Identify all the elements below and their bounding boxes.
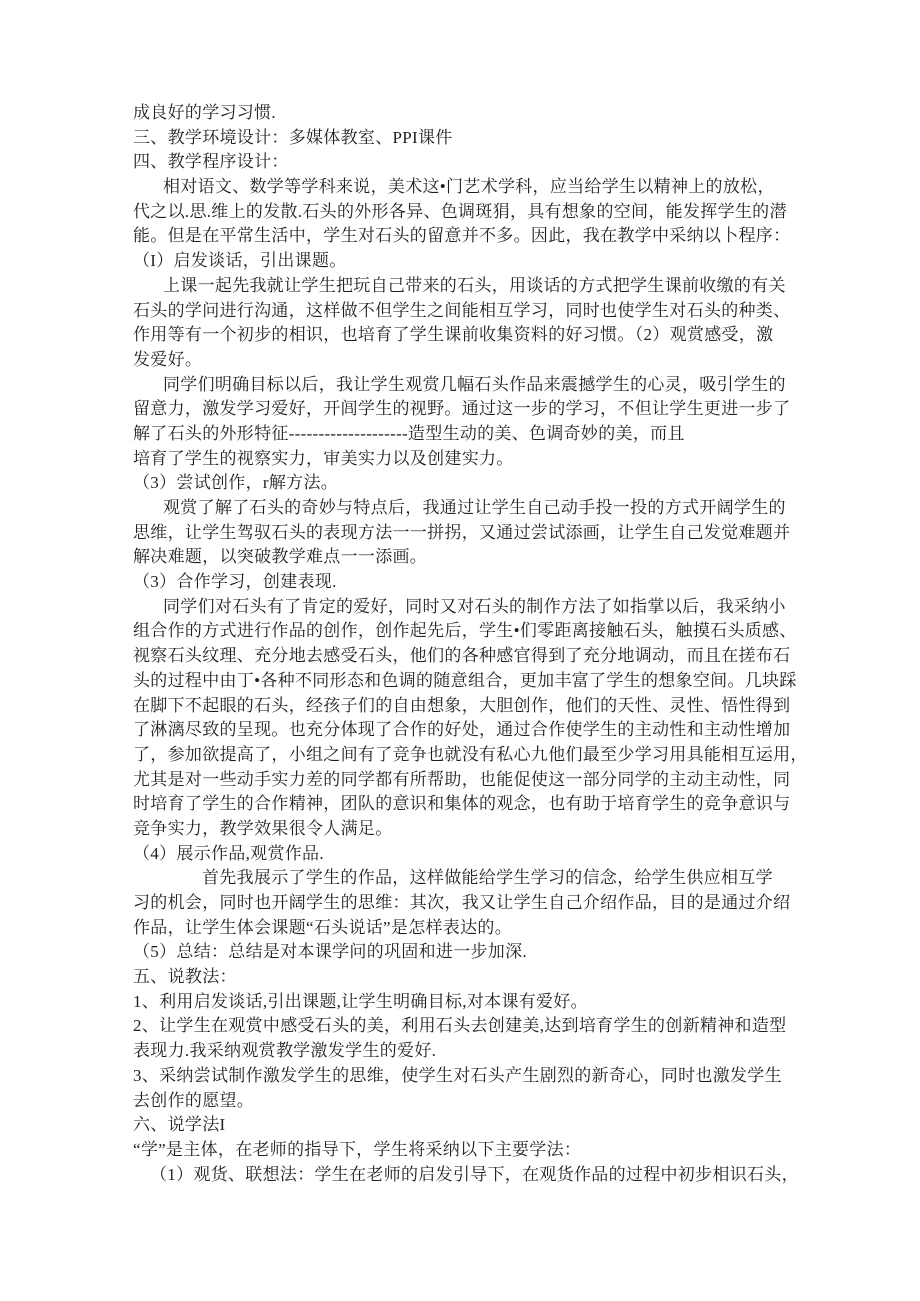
- text-line: 习的机会，同时也开阔学生的思维：其次，我又让学生自己介绍作品，目的是通过介绍: [133, 891, 797, 916]
- text-line: 3、采纳尝试制作激发学生的思维，使学生对石头产生剧烈的新奇心，同时也激发学生: [133, 1064, 797, 1089]
- text-line: 了，参加欲提高了，小组之间有了竞争也就没有私心九他们最至少学习用具能相互运用，: [133, 743, 797, 768]
- text-line: 1、利用启发谈话,引出课题,让学生明确目标,对本课有爱好。: [133, 990, 797, 1015]
- text-line: 去创作的愿望。: [133, 1089, 797, 1114]
- text-line: 上课一起先我就让学生把玩自己带来的石头，用谈话的方式把学生课前收缴的有关: [133, 274, 797, 299]
- text-line: （5）总结：总结是对本课学问的巩固和进一步加深.: [133, 940, 797, 965]
- text-line: 留意力，激发学习爱好，开闾学生的视野。通过这一步的学习，不但让学生更进一步了: [133, 397, 797, 422]
- text-line: 作用等有一个初步的相识，也培育了学生课前收集资料的好习惯。（2）观赏感受，激: [133, 323, 797, 348]
- text-line: 三、教学环境设计：多媒体教室、PPI课件: [133, 126, 797, 151]
- text-line: 思维，让学生驾驭石头的表现方法一一拼拐，又通过尝试添画，让学生自己发觉难题并: [133, 521, 797, 546]
- text-line: 四、教学程序设计：: [133, 150, 797, 175]
- text-line: 组合作的方式进行作品的创作，创作起先后，学生•们零距离接触石头，触摸石头质感、: [133, 619, 797, 644]
- text-line: 解决难题，以突破教学难点一一添画。: [133, 545, 797, 570]
- document-page: 成良好的学习习惯.三、教学环境设计：多媒体教室、PPI课件四、教学程序设计：相对…: [0, 0, 920, 1301]
- text-line: 表现力.我采纳观赏教学激发学生的爱好.: [133, 1039, 797, 1064]
- text-line: 能。但是在平常生活中，学生对石头的留意并不多。因此，我在教学中采纳以卜程序：: [133, 224, 797, 249]
- text-line: （I）启发谈话，引出课题。: [133, 249, 797, 274]
- text-line: （3）合作学习，创建表现.: [133, 570, 797, 595]
- text-line: 头的过程中由丁•各种不同形态和色调的随意组合，更加丰富了学生的想象空间。几块踩: [133, 669, 797, 694]
- text-line: 尤其是对一些动手实力差的同学都有所帮助，也能促使这一部分同学的主动主动性，同: [133, 768, 797, 793]
- text-line: “学”是主体，在老师的指导下，学生将采纳以下主要学法：: [133, 1138, 797, 1163]
- text-line: 相对语文、数学等学科来说，美术这•门艺术学科，应当给学生以精神上的放松，: [133, 175, 797, 200]
- text-line: 六、说学法I: [133, 1113, 797, 1138]
- text-line: 了淋漓尽致的呈现。也充分体现了合作的好处，通过合作使学生的主动性和主动性增加: [133, 718, 797, 743]
- text-line: 五、说教法：: [133, 965, 797, 990]
- text-line: （4）展示作品,观赏作品.: [133, 842, 797, 867]
- text-line: 同学们对石头有了肯定的爱好，同时又对石头的制作方法了如指掌以后，我采纳小: [133, 595, 797, 620]
- text-line: 同学们明确目标以后，我让学生观赏几幅石头作品来震撼学生的心灵，吸引学生的: [133, 373, 797, 398]
- text-line: 成良好的学习习惯.: [133, 101, 797, 126]
- text-line: 首先我展示了学生的作品，这样做能给学生学习的信念，给学生供应相互学: [133, 866, 797, 891]
- text-line: 石头的学问进行沟通，这样做不但学生之间能相互学习，同时也使学生对石头的种类、: [133, 299, 797, 324]
- text-line: （3）尝试创作，r解方法。: [133, 471, 797, 496]
- text-line: 在脚下不起眼的石头，经孩子们的自由想象，大胆创作，他们的天性、灵性、悟性得到: [133, 694, 797, 719]
- text-line: 时培育了学生的合作精神，团队的意识和集体的观念，也有助于培育学生的竞争意识与: [133, 792, 797, 817]
- document-text-block: 成良好的学习习惯.三、教学环境设计：多媒体教室、PPI课件四、教学程序设计：相对…: [133, 101, 797, 1187]
- text-line: 视察石头纹理、充分地去感受石头，他们的各种感官得到了充分地调动，而且在搓布石: [133, 644, 797, 669]
- text-line: 竞争实力，教学效果很令人满足。: [133, 817, 797, 842]
- text-line: 解了石头的外形特征--------------------造型生动的美、色调奇妙…: [133, 422, 797, 447]
- text-line: 观赏了解了石头的奇妙与特点后，我通过让学生自己动手投一投的方式开阔学生的: [133, 496, 797, 521]
- text-line: （1）观货、联想法：学生在老师的启发引导下，在观货作品的过程中初步相识石头，: [133, 1163, 797, 1188]
- text-line: 发爱好。: [133, 348, 797, 373]
- text-line: 培育了学生的视察实力，审美实力以及创建实力。: [133, 447, 797, 472]
- text-line: 作品，让学生体会课题“石头说话”是怎样表达的。: [133, 916, 797, 941]
- text-line: 代之以.思.维上的发散.石头的外形各异、色调斑狷，具有想象的空间，能发挥学生的潜: [133, 200, 797, 225]
- text-line: 2、让学生在观赏中感受石头的美，利用石头去创建美,达到培育学生的创新精神和造型: [133, 1014, 797, 1039]
